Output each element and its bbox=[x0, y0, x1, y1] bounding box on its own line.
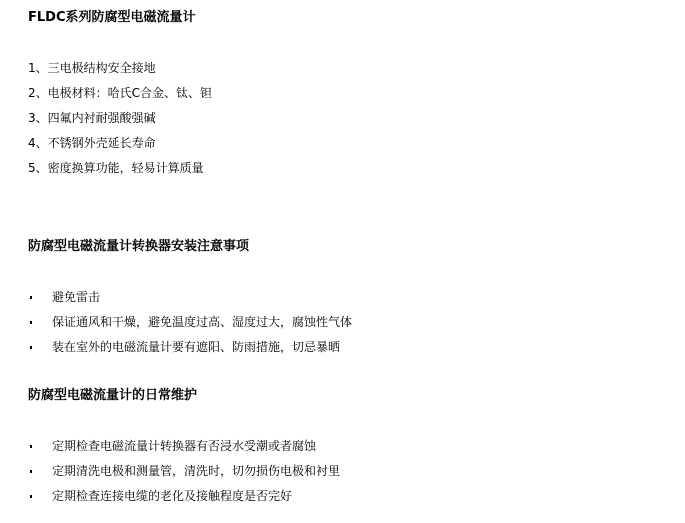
bullet-icon bbox=[30, 296, 32, 299]
section-title-installation: 防腐型电磁流量计转换器安装注意事项 bbox=[28, 239, 249, 255]
list-item-text: 保证通风和干燥，避免温度过高、湿度过大，腐蚀性气体 bbox=[52, 314, 352, 330]
feature-item: 3、四氟内衬耐强酸强碱 bbox=[28, 110, 156, 126]
list-item-text: 定期检查电磁流量计转换器有否浸水受潮或者腐蚀 bbox=[52, 438, 316, 454]
list-item-text: 定期检查连接电缆的老化及接触程度是否完好 bbox=[52, 488, 292, 504]
bullet-icon bbox=[30, 445, 32, 448]
bullet-icon bbox=[30, 346, 32, 349]
list-item-text: 装在室外的电磁流量计要有遮阳、防雨措施，切忌暴晒 bbox=[52, 339, 340, 355]
list-item-text: 定期清洗电极和测量管，清洗时，切勿损伤电极和衬里 bbox=[52, 463, 340, 479]
bullet-icon bbox=[30, 470, 32, 473]
bullet-icon bbox=[30, 495, 32, 498]
list-item-text: 避免雷击 bbox=[52, 289, 100, 305]
bullet-icon bbox=[30, 321, 32, 324]
section-title-maintenance: 防腐型电磁流量计的日常维护 bbox=[28, 388, 197, 404]
feature-item: 1、三电极结构安全接地 bbox=[28, 60, 156, 76]
feature-item: 4、不锈钢外壳延长寿命 bbox=[28, 135, 156, 151]
feature-item: 2、电极材料：哈氏C合金、钛、钽 bbox=[28, 85, 212, 101]
section-title-features: FLDC系列防腐型电磁流量计 bbox=[28, 10, 196, 26]
feature-item: 5、密度换算功能，轻易计算质量 bbox=[28, 160, 204, 176]
